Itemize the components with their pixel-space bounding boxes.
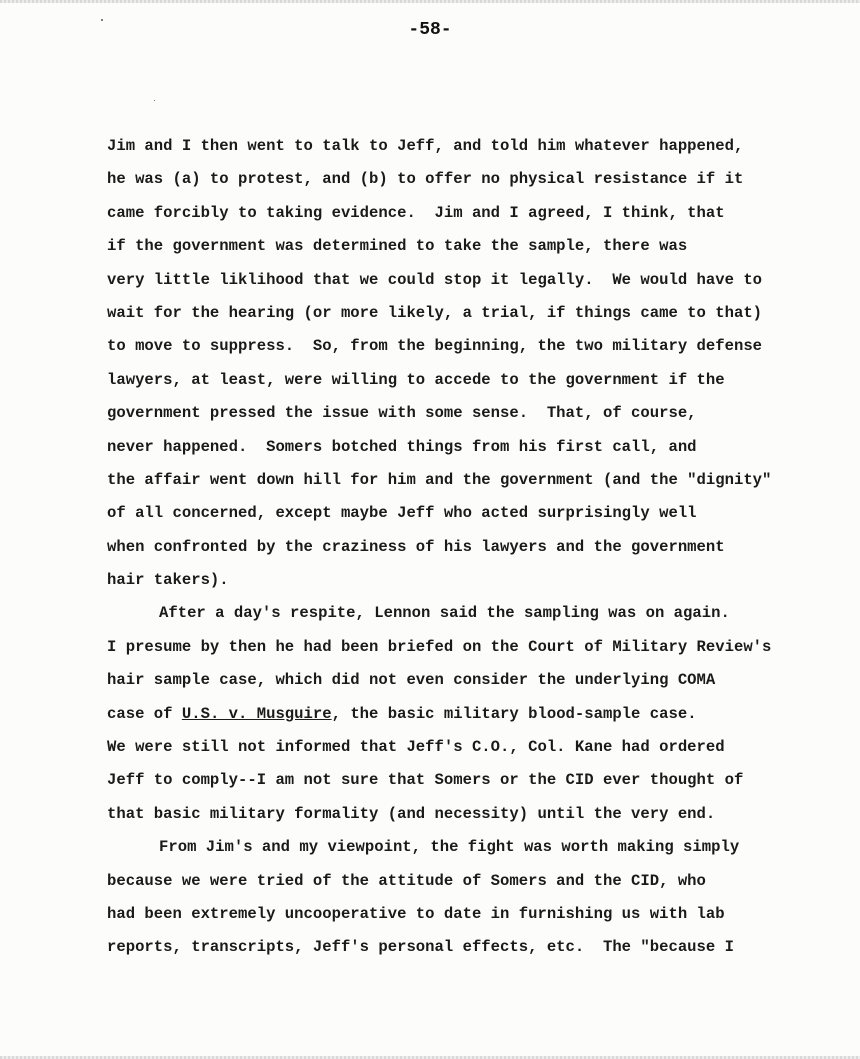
- text-line: to move to suppress. So, from the beginn…: [107, 330, 847, 363]
- text-line: wait for the hearing (or more likely, a …: [107, 297, 847, 330]
- text-line: Jeff to comply--I am not sure that Somer…: [107, 764, 847, 797]
- text-line: lawyers, at least, were willing to acced…: [107, 364, 847, 397]
- text-line: that basic military formality (and neces…: [107, 798, 847, 831]
- scan-edge-top: [0, 0, 860, 3]
- text-line: had been extremely uncooperative to date…: [107, 898, 847, 931]
- text-line: case of U.S. v. Musguire, the basic mili…: [107, 698, 847, 731]
- text-segment: , the basic military blood-sample case.: [332, 705, 697, 723]
- text-line: government pressed the issue with some s…: [107, 397, 847, 430]
- text-line: very little liklihood that we could stop…: [107, 264, 847, 297]
- text-segment: case of: [107, 705, 182, 723]
- text-line: the affair went down hill for him and th…: [107, 464, 847, 497]
- scan-speck: [154, 100, 155, 101]
- text-line: never happened. Somers botched things fr…: [107, 431, 847, 464]
- text-line: hair sample case, which did not even con…: [107, 664, 847, 697]
- text-line: of all concerned, except maybe Jeff who …: [107, 497, 847, 530]
- document-body: Jim and I then went to talk to Jeff, and…: [107, 130, 847, 965]
- case-citation: U.S. v. Musguire: [182, 705, 332, 723]
- text-line: because we were tried of the attitude of…: [107, 865, 847, 898]
- text-line: he was (a) to protest, and (b) to offer …: [107, 163, 847, 196]
- text-line: came forcibly to taking evidence. Jim an…: [107, 197, 847, 230]
- text-line: I presume by then he had been briefed on…: [107, 631, 847, 664]
- text-line: After a day's respite, Lennon said the s…: [107, 597, 847, 630]
- text-line: if the government was determined to take…: [107, 230, 847, 263]
- page-number: -58-: [0, 20, 860, 40]
- text-line: From Jim's and my viewpoint, the fight w…: [107, 831, 847, 864]
- text-line: hair takers).: [107, 564, 847, 597]
- text-line: when confronted by the craziness of his …: [107, 531, 847, 564]
- text-line: Jim and I then went to talk to Jeff, and…: [107, 130, 847, 163]
- text-line: We were still not informed that Jeff's C…: [107, 731, 847, 764]
- text-line: reports, transcripts, Jeff's personal ef…: [107, 931, 847, 964]
